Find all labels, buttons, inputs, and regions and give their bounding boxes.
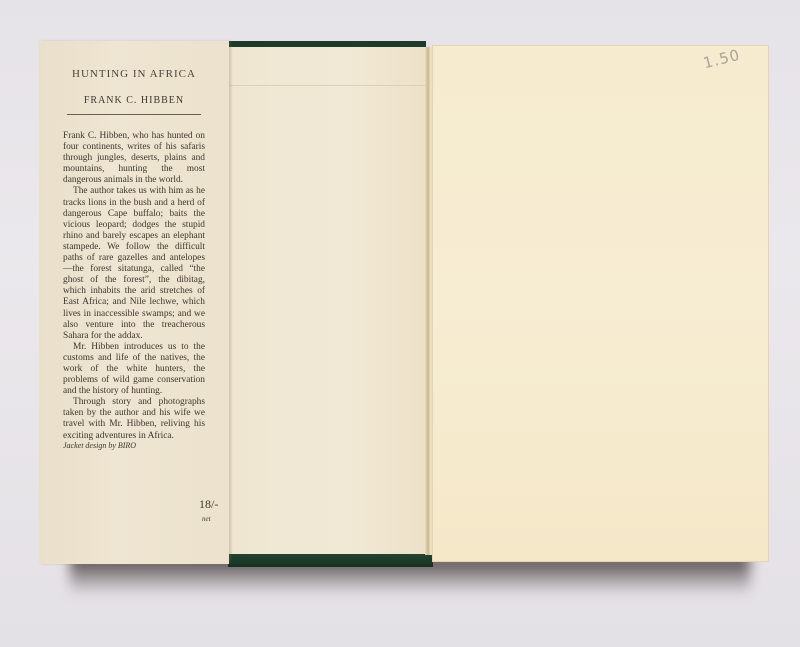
jacket-flap: HUNTING IN AFRICA FRANK C. HIBBEN Frank …	[39, 41, 229, 564]
design-credit: Jacket design by BIRO	[63, 441, 136, 450]
blurb-paragraph: Mr. Hibben introduces us to the customs …	[63, 342, 205, 397]
flap-blurb: Frank C. Hibben, who has hunted on four …	[63, 131, 205, 442]
front-pastedown	[229, 47, 426, 554]
flap-divider	[67, 114, 201, 115]
free-endpaper	[432, 45, 769, 562]
cloth-binding-bottom-edge	[228, 553, 433, 567]
flap-price: 18/-	[199, 497, 218, 512]
flap-author: FRANK C. HIBBEN	[39, 95, 229, 106]
blurb-paragraph: Frank C. Hibben, who has hunted on four …	[63, 131, 205, 186]
blurb-paragraph: The author takes us with him as he track…	[63, 186, 205, 341]
flap-title: HUNTING IN AFRICA	[39, 68, 229, 80]
blurb-paragraph: Through story and photographs taken by t…	[63, 397, 205, 441]
flap-price-note: net	[202, 515, 211, 523]
